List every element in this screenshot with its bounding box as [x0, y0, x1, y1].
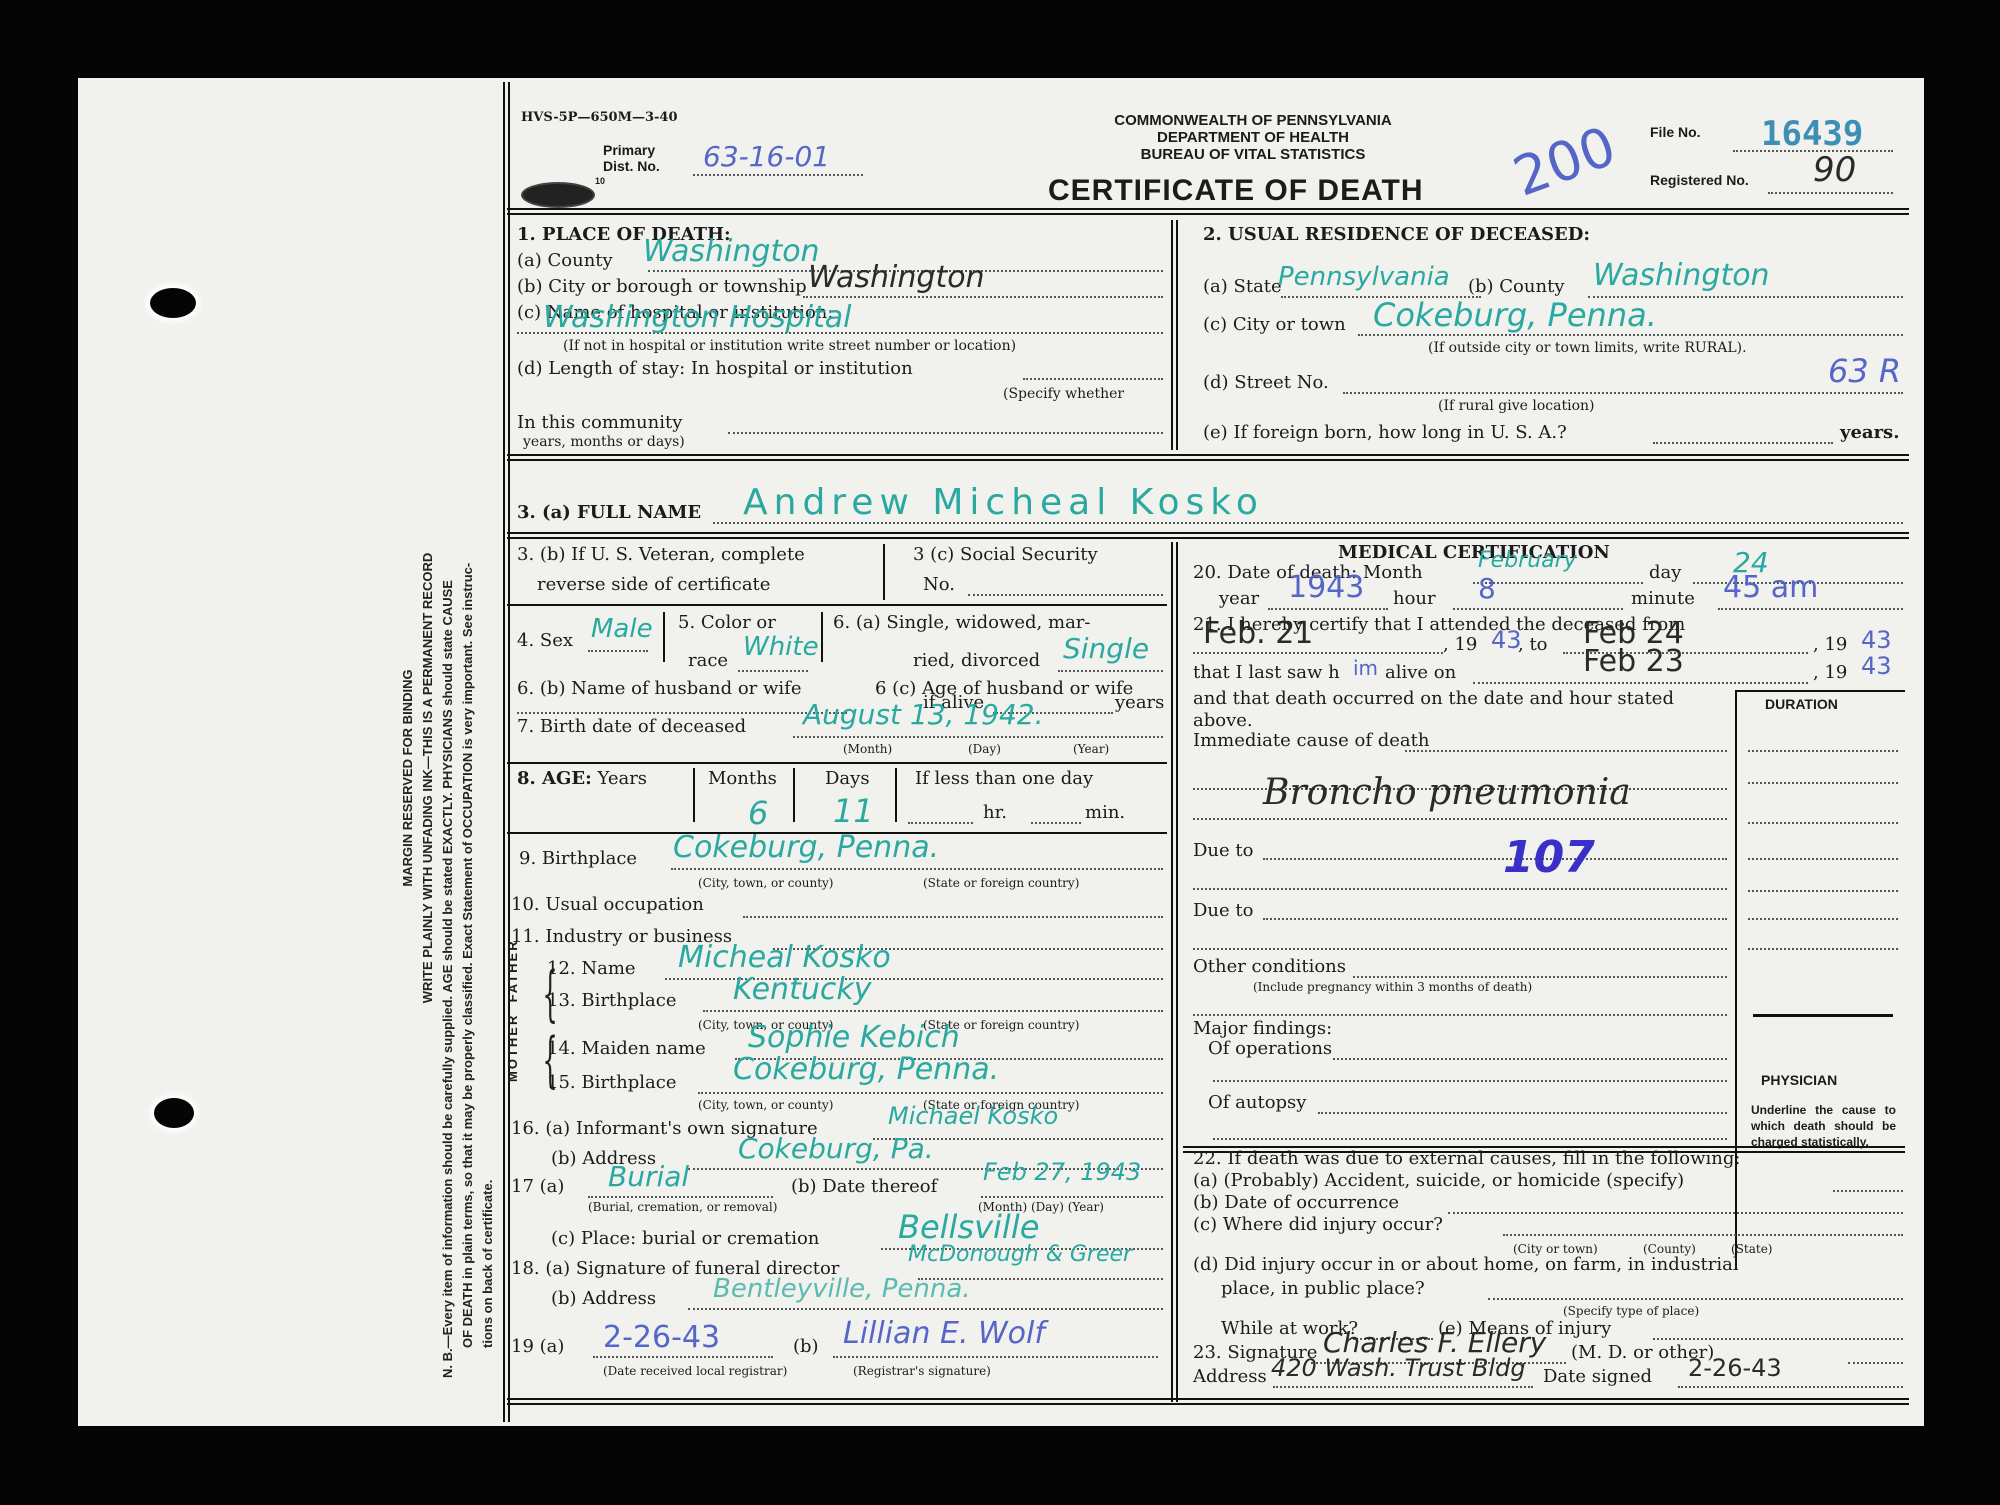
residence-county-value: Washington [1593, 258, 1770, 293]
punch-hole [150, 288, 196, 318]
parents-tag: MOTHER FATHER [505, 939, 520, 1082]
attended-from-value: Feb. 21 [1203, 616, 1313, 651]
age-label: 8. AGE: Years [517, 768, 647, 789]
physician-heading: PHYSICIAN [1761, 1072, 1837, 1088]
form-left-border [503, 82, 510, 1422]
margin-instructions: MARGIN RESERVED FOR BINDING WRITE PLAINL… [398, 178, 498, 1378]
death-year-value: 1943 [1288, 570, 1364, 605]
marital-status-value: Single [1063, 632, 1149, 665]
punch-hole [154, 1098, 194, 1128]
residence-city-value: Cokeburg, Penna. [1373, 296, 1657, 334]
death-minute-value: 45 am [1723, 570, 1818, 605]
race-value: White [743, 632, 819, 662]
binding-margin: MARGIN RESERVED FOR BINDING WRITE PLAINL… [78, 78, 508, 1426]
primary-dist-label: Primary Dist. No. [603, 142, 660, 174]
burial-date-value: Feb 27, 1943 [983, 1158, 1141, 1186]
last-seen-value: Feb 23 [1583, 644, 1684, 679]
death-hour-value: 8 [1478, 572, 1496, 605]
death-month-value: February [1478, 548, 1577, 573]
page-title: CERTIFICATE OF DEATH [1048, 174, 1424, 208]
cause-code-value: 107 [1503, 832, 1595, 883]
seal-icon [521, 182, 595, 208]
age-days-value: 11 [833, 792, 874, 830]
hospital-value: Washington Hospital [543, 300, 852, 335]
death-county-value: Washington [643, 234, 820, 269]
physician-address-value: 420 Wash. Trust Bldg [1271, 1354, 1526, 1382]
age-months-value: 6 [748, 794, 768, 832]
form-code: HVS-5P—650M—3-40 [521, 110, 678, 125]
funeral-director-address-value: Bentleyville, Penna. [713, 1274, 971, 1304]
funeral-director-value: McDonough & Greer [908, 1242, 1132, 1267]
mother-maiden-value: Sophie Kebich [748, 1020, 960, 1055]
informant-address-value: Cokeburg, Pa. [738, 1132, 934, 1165]
annotation-200: 200 [1505, 114, 1623, 208]
disposition-value: Burial [608, 1160, 689, 1193]
death-certificate-form: HVS-5P—650M—3-40 Primary Dist. No. 63-16… [503, 82, 1913, 1422]
father-name-value: Micheal Kosko [678, 940, 891, 975]
date-signed-value: 2-26-43 [1688, 1354, 1782, 1382]
residence-state-value: Pennsylvania [1278, 262, 1450, 292]
full-name-value: Andrew Micheal Kosko [743, 482, 1264, 523]
certificate-paper: MARGIN RESERVED FOR BINDING WRITE PLAINL… [78, 78, 1924, 1426]
burial-place-value: Bellsville [898, 1208, 1039, 1246]
informant-signature-value: Michael Kosko [888, 1102, 1058, 1130]
immediate-cause-value: Broncho pneumonia [1263, 772, 1631, 813]
physician-instruction: Underline the cause to which death shoul… [1751, 1102, 1896, 1150]
file-number: 16439 [1761, 114, 1863, 154]
residence-street-value: 63 R [1828, 352, 1901, 390]
registrar-signature-value: Lillian E. Wolf [843, 1316, 1045, 1351]
registrar-date-value: 2-26-43 [603, 1320, 720, 1355]
birth-date-value: August 13, 1942. [803, 698, 1043, 731]
birthplace-value: Cokeburg, Penna. [673, 830, 939, 865]
agency-header: COMMONWEALTH OF PENNSYLVANIA DEPARTMENT … [1043, 112, 1463, 163]
registered-number: 90 [1813, 150, 1856, 190]
sex-value: Male [591, 614, 653, 644]
duration-heading: DURATION [1765, 696, 1838, 712]
death-city-value: Washington [808, 260, 985, 295]
dist-number: 63-16-01 [703, 140, 830, 173]
mother-birthplace-value: Cokeburg, Penna. [733, 1052, 999, 1087]
father-birthplace-value: Kentucky [733, 972, 871, 1007]
